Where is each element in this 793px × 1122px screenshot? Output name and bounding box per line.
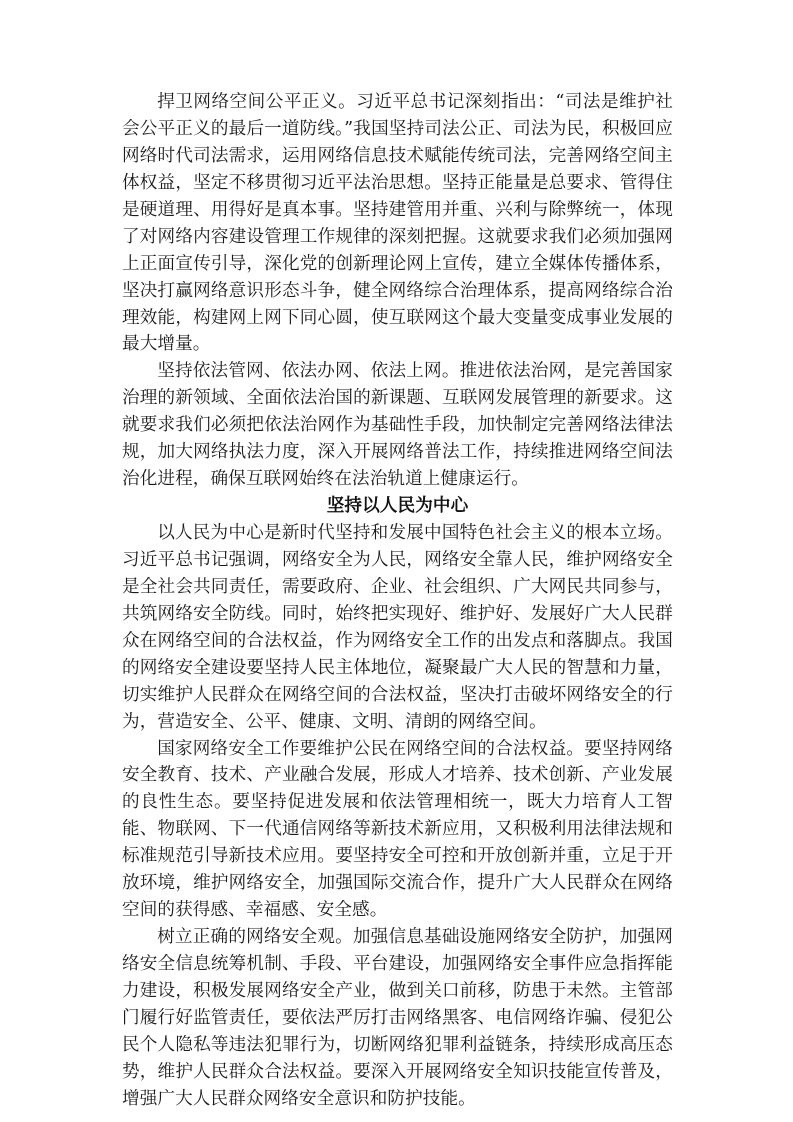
paragraph-rule-of-law-internet: 坚持依法管网、依法办网、依法上网。推进依法治网，是完善国家治理的新领域、全面依法… xyxy=(122,358,673,493)
paragraph-cyberspace-justice: 捍卫网络空间公平正义。习近平总书记深刻指出：“司法是维护社会公平正义的最后一道防… xyxy=(122,89,673,358)
paragraph-citizen-rights: 国家网络安全工作要维护公民在网络空间的合法权益。要坚持网络安全教育、技术、产业融… xyxy=(122,736,673,925)
document-page: 捍卫网络空间公平正义。习近平总书记深刻指出：“司法是维护社会公平正义的最后一道防… xyxy=(122,89,673,1113)
section-heading: 坚持以人民为中心 xyxy=(122,493,673,520)
paragraph-security-outlook: 树立正确的网络安全观。加强信息基础设施网络安全防护，加强网络安全信息统筹机制、手… xyxy=(122,924,673,1113)
paragraph-people-centered: 以人民为中心是新时代坚持和发展中国特色社会主义的根本立场。习近平总书记强调，网络… xyxy=(122,520,673,736)
